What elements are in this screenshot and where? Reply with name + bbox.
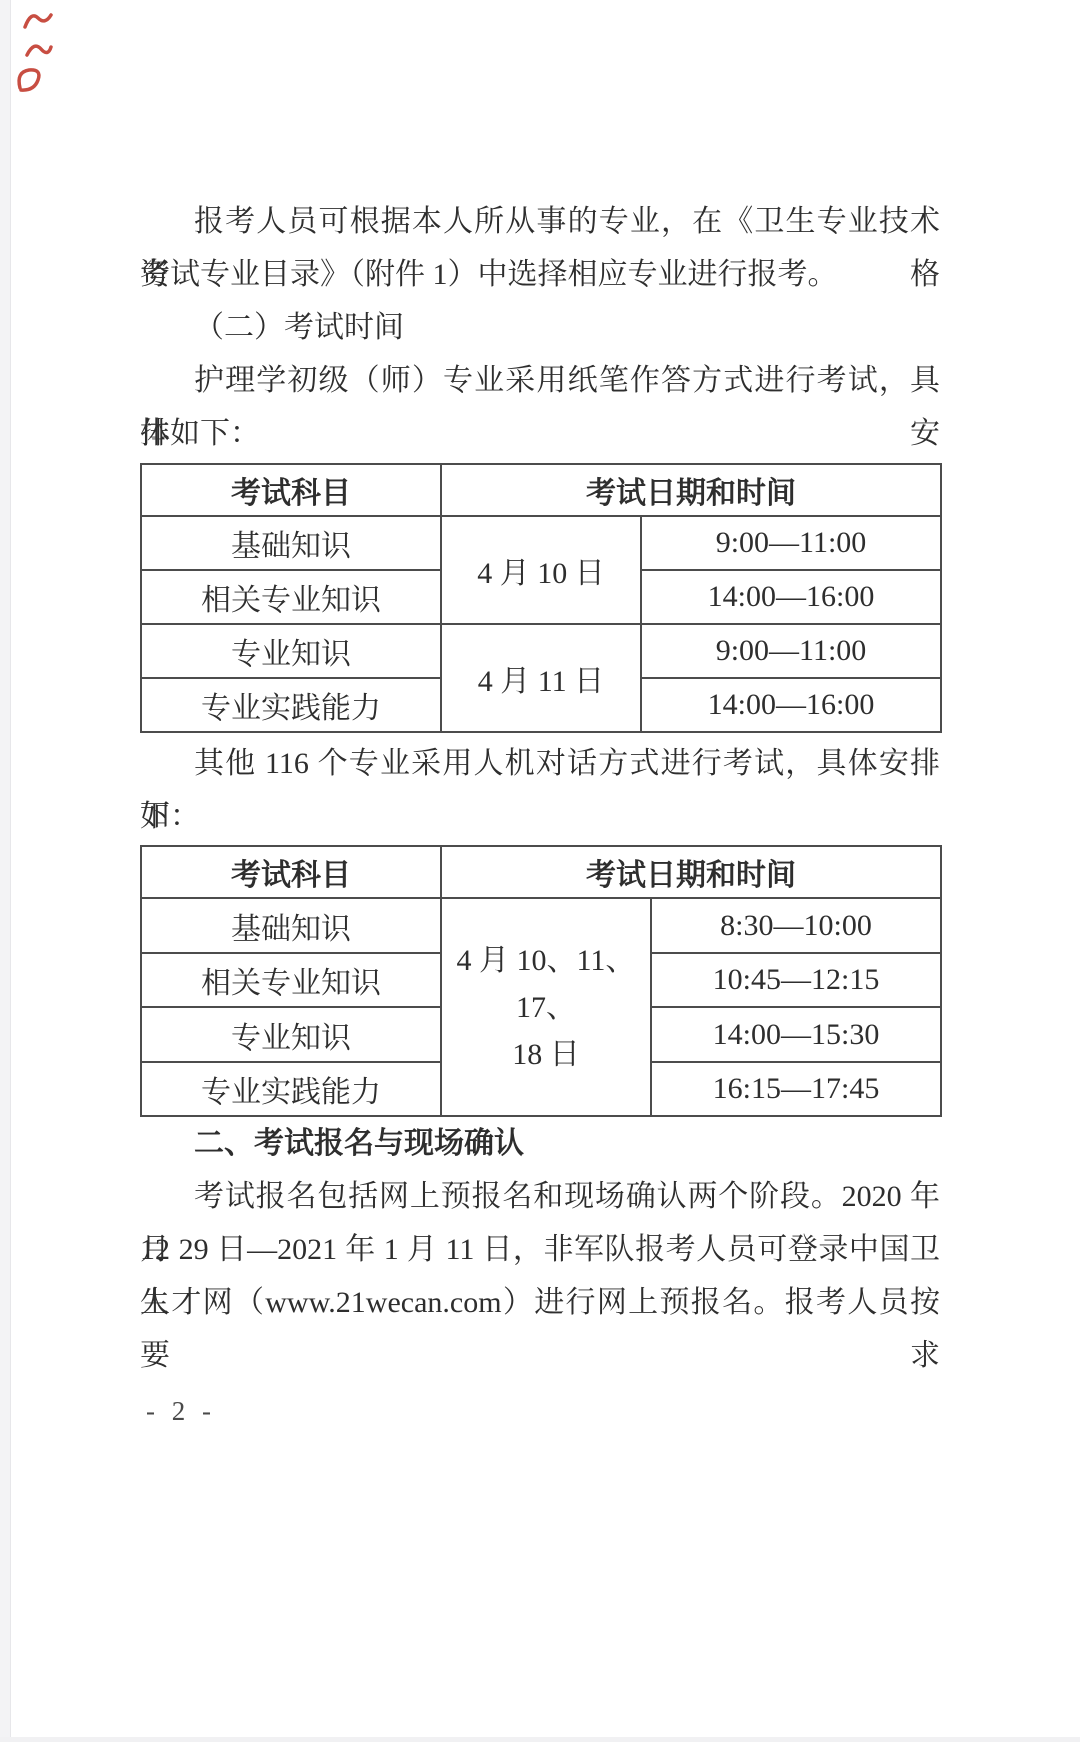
paragraph-line: 考试专业目录》（附件 1）中选择相应专业进行报考。 [140,248,940,301]
table-cell-subject: 相关专业知识 [141,953,441,1007]
table-cell-time: 14:00—15:30 [651,1007,941,1062]
scan-bottom-edge-shadow [0,1737,1080,1742]
paragraph-line: 下： [140,790,940,843]
paragraph-line: 人才网（www.21wecan.com）进行网上预报名。报考人员按要求 [140,1276,940,1329]
red-pen-mark-icon [24,38,54,62]
table-cell-subject: 专业实践能力 [141,678,441,732]
table-header-subject: 考试科目 [141,846,441,898]
intro-text-block: 报考人员可根据本人所从事的专业，在《卫生专业技术资格 考试专业目录》（附件 1）… [140,195,940,460]
table-cell-subject: 相关专业知识 [141,570,441,624]
table-header-datetime: 考试日期和时间 [441,846,941,898]
scan-left-edge-shadow [0,0,11,1742]
table-cell-time: 9:00—11:00 [641,516,941,570]
table-header-subject: 考试科目 [141,464,441,516]
date-line: 18 日 [442,1031,650,1078]
table-cell-time: 9:00—11:00 [641,624,941,678]
registration-text-block: 二、考试报名与现场确认 考试报名包括网上预报名和现场确认两个阶段。2020 年 … [140,1117,940,1329]
table-cell-time: 10:45—12:15 [651,953,941,1007]
table-cell-time: 8:30—10:00 [651,898,941,953]
paragraph-line: 护理学初级（师）专业采用纸笔作答方式进行考试，具体安 [140,354,940,407]
page-number: - 2 - [146,1396,216,1427]
paragraph-line: 月 29 日—2021 年 1 月 11 日，非军队报考人员可登录中国卫生 [140,1223,940,1276]
table-cell-subject: 基础知识 [141,898,441,953]
document-page: 报考人员可根据本人所从事的专业，在《卫生专业技术资格 考试专业目录》（附件 1）… [0,0,1080,1742]
table-cell-subject: 专业实践能力 [141,1062,441,1116]
table-cell-time: 14:00—16:00 [641,570,941,624]
middle-text-block: 其他 116 个专业采用人机对话方式进行考试，具体安排如 下： [140,737,940,843]
table-cell-subject: 基础知识 [141,516,441,570]
table-cell-subject: 专业知识 [141,624,441,678]
red-pen-mark-icon [22,8,54,34]
table-header-datetime: 考试日期和时间 [441,464,941,516]
red-pen-annotation-marks [10,4,70,104]
heading-exam-time: （二）考试时间 [140,301,940,354]
table-cell-date: 4 月 10、11、17、 18 日 [441,898,651,1116]
exam-schedule-table-computer: 考试科目 考试日期和时间 基础知识 4 月 10、11、17、 18 日 8:3… [140,845,942,1117]
paragraph-line: 其他 116 个专业采用人机对话方式进行考试，具体安排如 [140,737,940,790]
paragraph-line: 报考人员可根据本人所从事的专业，在《卫生专业技术资格 [140,195,940,248]
date-line: 4 月 10、11、17、 [442,937,650,1031]
table-cell-time: 14:00—16:00 [641,678,941,732]
paragraph-line: 考试报名包括网上预报名和现场确认两个阶段。2020 年 12 [140,1170,940,1223]
red-pen-mark-icon [14,64,50,96]
table-cell-date: 4 月 10 日 [441,516,641,624]
heading-registration: 二、考试报名与现场确认 [140,1117,940,1170]
exam-schedule-table-paper: 考试科目 考试日期和时间 基础知识 4 月 10 日 9:00—11:00 相关… [140,463,942,733]
table-cell-date: 4 月 11 日 [441,624,641,732]
table-cell-subject: 专业知识 [141,1007,441,1062]
table-cell-time: 16:15—17:45 [651,1062,941,1116]
